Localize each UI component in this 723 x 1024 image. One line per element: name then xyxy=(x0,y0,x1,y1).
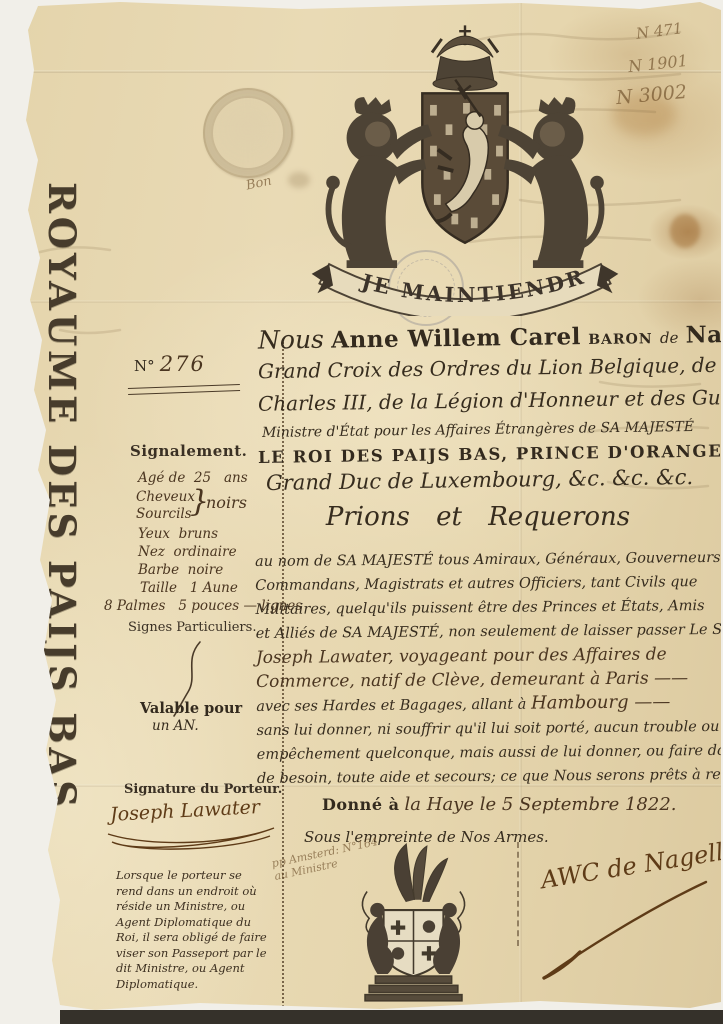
field-cheveux-value: noirs xyxy=(206,493,247,512)
coat-of-arms: JE MAINTIENDRAI. xyxy=(300,22,630,316)
issuer-de: de xyxy=(660,329,679,347)
shield-of-arms-icon xyxy=(422,80,507,243)
salutation: Nous xyxy=(258,325,324,355)
passport-number: N° 276 xyxy=(134,352,206,376)
number-value: 276 xyxy=(160,352,206,376)
signalement-title: Signalement. xyxy=(130,442,247,460)
issuer-title-baron: BARON xyxy=(588,331,653,348)
issuer-given-names: Anne Willem Carel xyxy=(331,323,581,353)
supporter-lion-right-icon xyxy=(498,97,604,268)
dateline-printed: Donné à xyxy=(322,795,399,814)
diplomatic-footnote: Lorsque le porteur se rend dans un endro… xyxy=(116,868,270,992)
number-label: N° xyxy=(134,357,155,375)
bearer-signature-flourish xyxy=(102,822,282,852)
scanned-passport-page: { "margin": { "kingdom_text": "ROYAUME D… xyxy=(0,0,723,1024)
official-signature-flourish xyxy=(520,874,720,984)
field-sourcils: Sourcils xyxy=(136,506,192,522)
field-barbe: Barbe noire xyxy=(138,562,223,578)
scanner-edge-shadow xyxy=(60,1010,723,1024)
body-paragraph: au nom de SA MAJESTÉ tous Amiraux, Génér… xyxy=(255,546,713,791)
body-line-8: de besoin, toute aide et secours; ce que… xyxy=(257,763,713,791)
family-crest-icon xyxy=(346,842,481,1007)
valable-duration: un AN. xyxy=(152,718,199,734)
destination-prefix: avec ses Hardes et Bagages, allant à xyxy=(256,697,526,715)
royal-crown-icon xyxy=(432,25,498,90)
supporter-lion-left-icon xyxy=(326,97,432,268)
destination-value: Hambourg —— xyxy=(531,691,670,713)
field-taille: Taille 1 Aune xyxy=(140,580,238,596)
passport-paper: ROYAUME DES PAIJS BAS N 471 N 1901 N 300… xyxy=(0,0,723,1024)
crest-pedestal xyxy=(365,976,462,1001)
dateline-handwritten: la Haye le 5 Septembre 1822. xyxy=(405,794,677,815)
field-cheveux: Cheveux xyxy=(136,489,195,505)
valable-label: Valable pour xyxy=(140,700,242,717)
issuer-surname: Nagell. xyxy=(685,320,723,348)
field-yeux: Yeux bruns xyxy=(138,526,218,542)
signes-particuliers-title: Signes Particuliers. xyxy=(128,620,256,635)
dateline: Donné à la Haye le 5 Septembre 1822. xyxy=(322,794,677,815)
invocation: Prions et Requerons xyxy=(258,502,698,532)
field-nez: Nez ordinaire xyxy=(138,544,237,560)
embossed-seal xyxy=(203,88,293,178)
kingdom-margin-text: ROYAUME DES PAIJS BAS xyxy=(40,182,84,822)
